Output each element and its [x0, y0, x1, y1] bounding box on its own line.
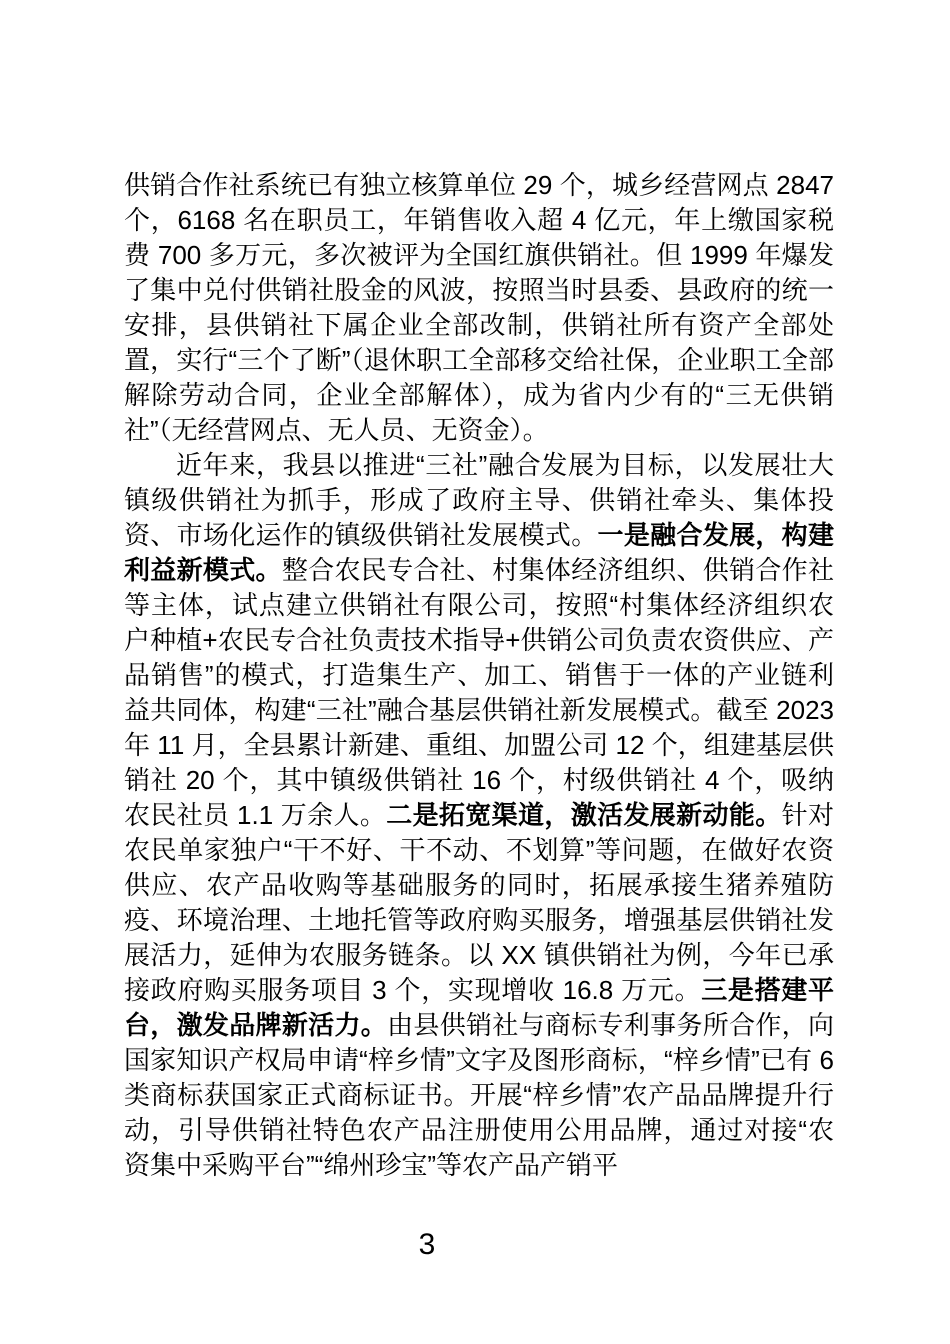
text-run: 供销合作社系统已有独立核算单位 29 个，城乡经营网点 2847 个，6168 …: [124, 170, 834, 445]
text-run: 整合农民专合社、村集体经济组织、供销合作社等主体，试点建立供销社有限公司，按照“…: [124, 555, 834, 830]
document-body: 供销合作社系统已有独立核算单位 29 个，城乡经营网点 2847 个，6168 …: [124, 168, 834, 1183]
document-page: 供销合作社系统已有独立核算单位 29 个，城乡经营网点 2847 个，6168 …: [0, 0, 950, 1344]
bold-text-run: 二是拓宽渠道，激活发展新动能。: [386, 800, 781, 830]
page-number: 3: [0, 1227, 854, 1262]
paragraph: 近年来，我县以推进“三社”融合发展为目标，以发展壮大镇级供销社为抓手，形成了政府…: [124, 448, 834, 1183]
paragraph: 供销合作社系统已有独立核算单位 29 个，城乡经营网点 2847 个，6168 …: [124, 168, 834, 448]
